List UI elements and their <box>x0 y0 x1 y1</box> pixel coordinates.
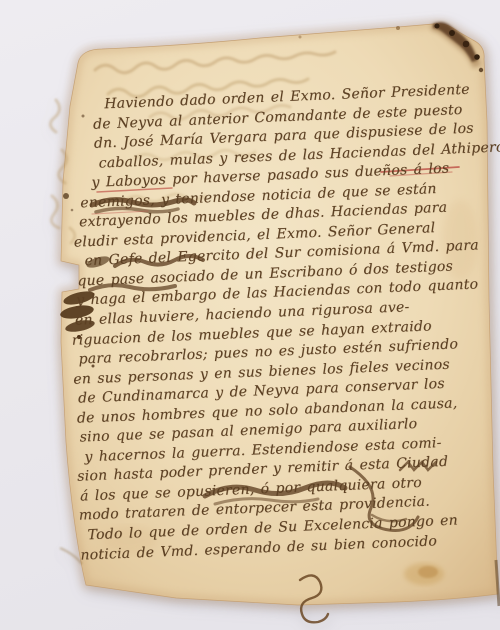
photo-background: Haviendo dado orden el Exmo. Señor Presi… <box>0 0 500 630</box>
manuscript-text: Haviendo dado orden el Exmo. Señor Presi… <box>62 81 488 566</box>
